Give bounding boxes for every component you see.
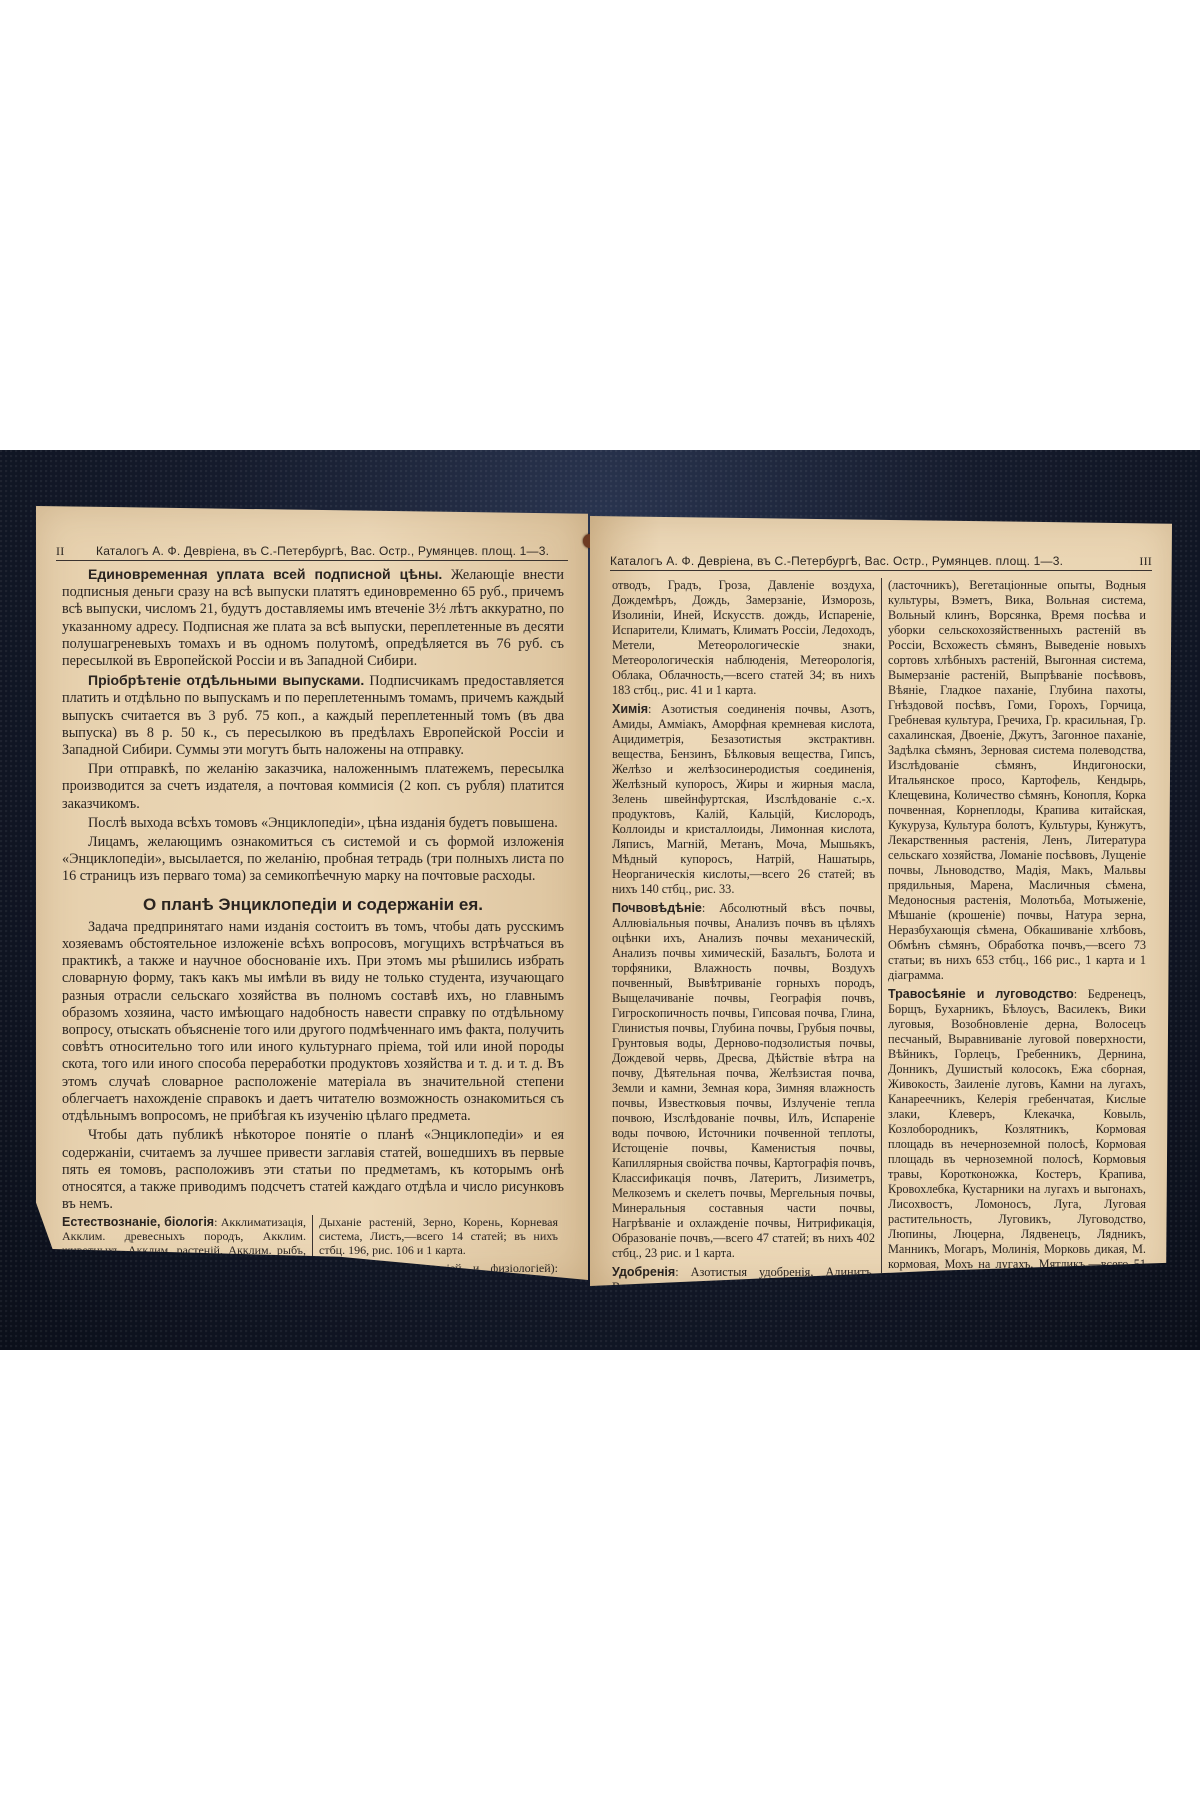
catalog-entry: Растеніеводство и земледѣліе: Агрономія,… [612, 1449, 875, 1509]
header-title: Каталогъ А. Ф. Девріена, въ С.-Петербург… [610, 554, 1112, 568]
entry-text: : Бедренецъ, Борщъ, Бухарникъ, Бѣлоусъ, … [888, 987, 1146, 1286]
section-title: О планѣ Энциклопедіи и содержаніи ея. [62, 896, 564, 913]
entry-text: Дыханіе растеній, Зерно, Корень, Корнева… [319, 1215, 558, 1257]
entry-heading: Химія [612, 702, 648, 716]
paragraph: Послѣ выхода всѣхъ томовъ «Энциклопедіи»… [62, 815, 564, 832]
right-page-body: отводъ, Градъ, Гроза, Давленіе воздуха, … [612, 576, 1152, 1520]
entry-heading: Пріобрѣтеніе отдѣльными выпусками. [88, 672, 364, 688]
catalog-entry: Ботаника: Агарикъ, Бактеріи, Бакт. клубе… [62, 1373, 306, 1429]
entry-text: Лицамъ, желающимъ ознакомиться съ систем… [62, 834, 564, 884]
paragraph: При отправкѣ, по желанію заказчика, нало… [62, 761, 564, 813]
header-title: Каталогъ А. Ф. Девріена, въ С.-Петербург… [96, 544, 568, 558]
catalog-entry: (ласточникъ), Вегетаціонные опыты, Водны… [888, 578, 1146, 983]
entry-heading: Растеніеводство и земледѣліе [612, 1449, 807, 1463]
catalog-entry: Травосѣяніе и луговодство: Бедренецъ, Бо… [888, 987, 1146, 1287]
entry-text: : Агарикъ, Бактеріи, Бакт. клубеньковыя,… [62, 1373, 306, 1429]
paragraph: Задача предпринятаго нами изданія состои… [62, 919, 564, 1125]
entry-heading: Почвовѣдѣніе [612, 901, 702, 915]
entry-text: При отправкѣ, по желанію заказчика, нало… [62, 761, 564, 811]
entry-text: : Абсолютный вѣсъ почвы, Аллювіальныя по… [612, 901, 875, 1260]
right-page: Каталогъ А. Ф. Девріена, въ С.-Петербург… [590, 516, 1172, 1286]
catalog-entry: Дыханіе растеній, Зерно, Корень, Корнева… [319, 1215, 558, 1257]
page-number: II [56, 544, 96, 559]
entry-text: : Агрономія, Амеліорація почвъ, Анисъ, Б… [612, 1449, 875, 1508]
entry-text: (ласточникъ), Вегетаціонные опыты, Водны… [888, 578, 1146, 982]
running-header: Каталогъ А. Ф. Девріена, въ С.-Петербург… [610, 552, 1152, 571]
paragraph: Единовременная уплата всей подписной цѣн… [62, 566, 564, 670]
running-header: II Каталогъ А. Ф. Девріена, въ С.-Петерб… [56, 542, 568, 561]
entry-text: Послѣ выхода всѣхъ томовъ «Энциклопедіи»… [88, 815, 558, 831]
entry-heading: Травосѣяніе и луговодство [888, 987, 1074, 1001]
entry-heading: Ботаника [62, 1373, 120, 1387]
entry-heading: Удобренія [612, 1265, 675, 1279]
entry-heading: Метеорологія [319, 1349, 403, 1363]
entry-text: отводъ, Градъ, Гроза, Давленіе воздуха, … [612, 578, 875, 697]
entry-heading: Естествознаніе, біологія [62, 1215, 214, 1229]
two-column-list: отводъ, Градъ, Гроза, Давленіе воздуха, … [612, 578, 1152, 1520]
entry-text: Чтобы дать публикѣ нѣкоторое понятіе о п… [62, 1127, 564, 1212]
column-2: (ласточникъ), Вегетаціонные опыты, Водны… [882, 578, 1152, 1520]
entry-text: Желающіе внести подписныя деньги сразу н… [62, 567, 564, 669]
paragraph: Чтобы дать публикѣ нѣкоторое понятіе о п… [62, 1127, 564, 1213]
catalog-entry: Метеорологія: Актинометрія, Анемометры и… [319, 1349, 558, 1419]
entry-text: : Актинометрія, Анемометры и анемоскопы,… [319, 1349, 558, 1419]
entry-text: Задача предпринятаго нами изданія состои… [62, 919, 564, 1124]
catalog-entry: Почвовѣдѣніе: Абсолютный вѣсъ почвы, Алл… [612, 901, 875, 1261]
page-number: III [1112, 554, 1152, 569]
column-1: отводъ, Градъ, Гроза, Давленіе воздуха, … [612, 578, 882, 1520]
left-page: II Каталогъ А. Ф. Девріена, въ С.-Петерб… [36, 506, 588, 1280]
paragraph: Лицамъ, желающимъ ознакомиться съ систем… [62, 834, 564, 886]
entry-text: : Азотистыя соединенія почвы, Азотъ, Ами… [612, 702, 875, 896]
catalog-entry: отводъ, Градъ, Гроза, Давленіе воздуха, … [612, 578, 875, 698]
entry-heading: Единовременная уплата всей подписной цѣн… [88, 566, 442, 582]
catalog-entry: Химія: Азотистыя соединенія почвы, Азотъ… [612, 702, 875, 897]
paragraph: Пріобрѣтеніе отдѣльными выпусками. Подпи… [62, 672, 564, 759]
